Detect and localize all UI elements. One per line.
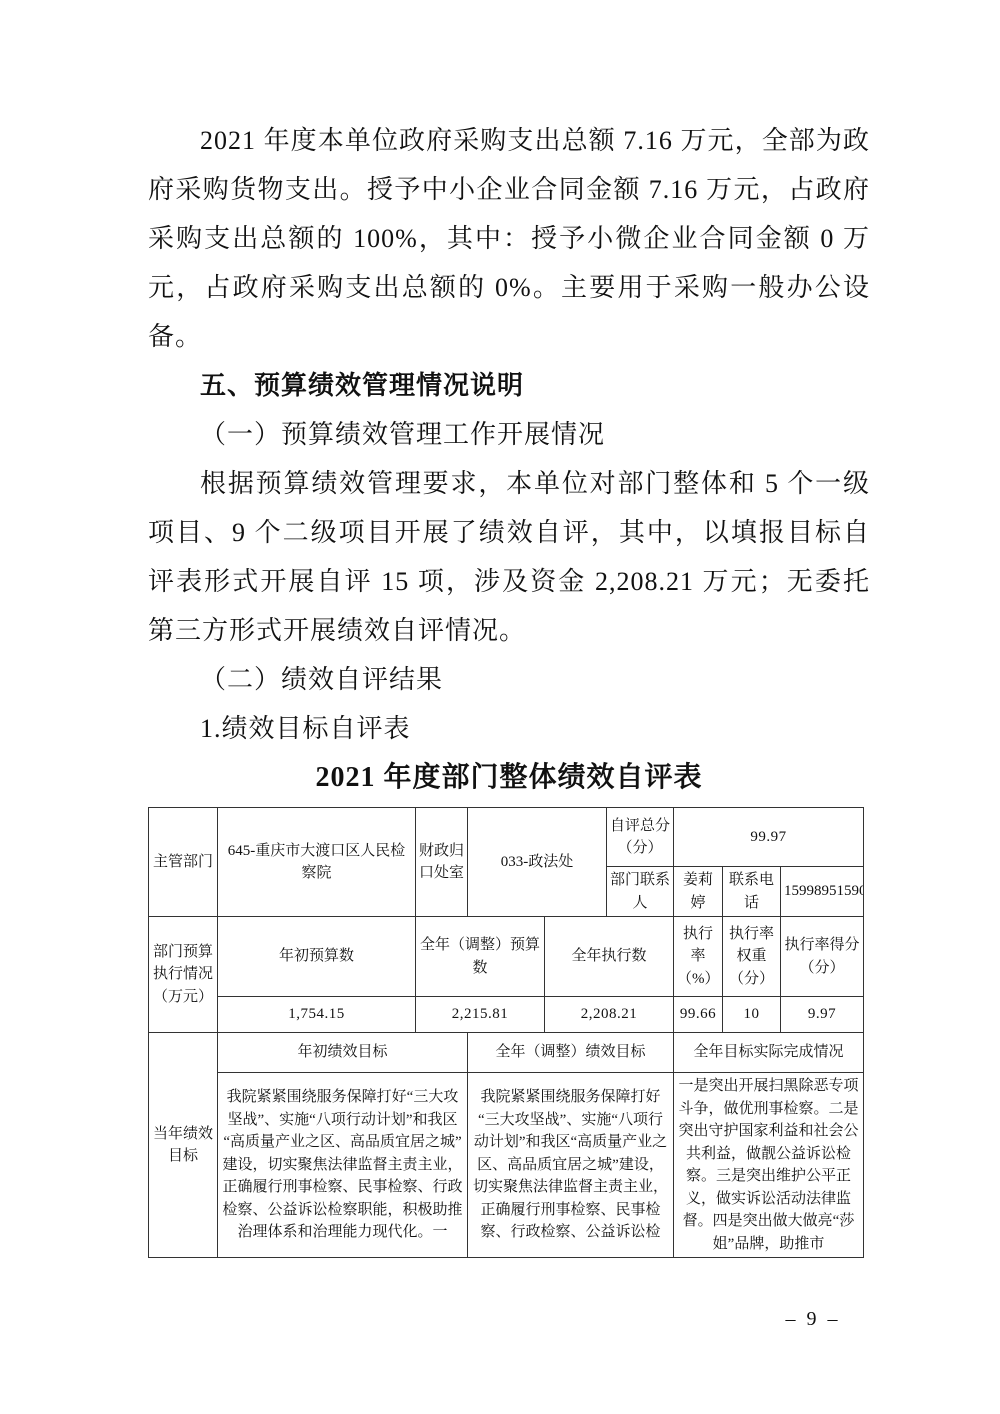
cell-budget-label: 部门预算执行情况（万元） [149, 917, 218, 1033]
cell-supervisor-value: 645-重庆市大渡口区人民检察院 [218, 808, 416, 917]
document-page: 2021 年度本单位政府采购支出总额 7.16 万元，全部为政府采购货物支出。授… [0, 0, 1000, 1414]
table-title: 2021 年度部门整体绩效自评表 [148, 755, 870, 801]
cell-contact-label: 部门联系人 [607, 867, 674, 917]
cell-budget-header-executed: 全年执行数 [545, 917, 674, 997]
cell-goal-label: 当年绩效目标 [149, 1033, 218, 1258]
cell-budget-value-score: 9.97 [781, 997, 864, 1033]
cell-budget-header-initial: 年初预算数 [218, 917, 416, 997]
cell-budget-value-executed: 2,208.21 [545, 997, 674, 1033]
cell-budget-value-rate: 99.66 [674, 997, 723, 1033]
cell-self-score-label: 自评总分（分） [607, 808, 674, 867]
table-row: 我院紧紧围绕服务保障打好“三大攻坚战”、实施“八项行动计划”和我区“高质量产业之… [149, 1073, 864, 1258]
cell-phone-label: 联系电话 [723, 867, 781, 917]
cell-goal-header-actual: 全年目标实际完成情况 [674, 1033, 864, 1073]
cell-finance-office-value: 033-政法处 [468, 808, 607, 917]
cell-goal-actual-text: 一是突出开展扫黑除恶专项斗争，做优刑事检察。二是突出守护国家利益和社会公共利益，… [674, 1073, 864, 1258]
cell-budget-value-adjusted: 2,215.81 [416, 997, 545, 1033]
cell-goal-header-initial: 年初绩效目标 [218, 1033, 468, 1073]
list-item-1: 1.绩效目标自评表 [148, 704, 870, 753]
cell-goal-initial-text: 我院紧紧围绕服务保障打好“三大攻坚战”、实施“八项行动计划”和我区“高质量产业之… [218, 1073, 468, 1258]
cell-budget-header-adjusted: 全年（调整）预算数 [416, 917, 545, 997]
section-heading-5: 五、预算绩效管理情况说明 [148, 361, 870, 410]
performance-table: 主管部门 645-重庆市大渡口区人民检察院 财政归口处室 033-政法处 自评总… [148, 807, 864, 1258]
paragraph-performance: 根据预算绩效管理要求，本单位对部门整体和 5 个一级项目、9 个二级项目开展了绩… [148, 459, 870, 655]
cell-budget-value-weight: 10 [723, 997, 781, 1033]
paragraph-procurement: 2021 年度本单位政府采购支出总额 7.16 万元，全部为政府采购货物支出。授… [148, 116, 870, 361]
table-row: 1,754.15 2,215.81 2,208.21 99.66 10 9.97 [149, 997, 864, 1033]
cell-budget-value-initial: 1,754.15 [218, 997, 416, 1033]
cell-self-score-value: 99.97 [674, 808, 864, 867]
cell-finance-office-label: 财政归口处室 [416, 808, 468, 917]
cell-supervisor-label: 主管部门 [149, 808, 218, 917]
cell-contact-value: 姜莉婷 [674, 867, 723, 917]
cell-budget-header-rate: 执行率（%） [674, 917, 723, 997]
cell-budget-header-score: 执行率得分（分） [781, 917, 864, 997]
cell-phone-value: 15998951590 [781, 867, 864, 917]
cell-goal-adjusted-text: 我院紧紧围绕服务保障打好“三大攻坚战”、实施“八项行动计划”和我区“高质量产业之… [468, 1073, 674, 1258]
table-row: 部门预算执行情况（万元） 年初预算数 全年（调整）预算数 全年执行数 执行率（%… [149, 917, 864, 997]
table-row: 主管部门 645-重庆市大渡口区人民检察院 财政归口处室 033-政法处 自评总… [149, 808, 864, 867]
document-content: 2021 年度本单位政府采购支出总额 7.16 万元，全部为政府采购货物支出。授… [148, 116, 870, 1258]
cell-budget-header-weight: 执行率权重（分） [723, 917, 781, 997]
subsection-heading-2: （二）绩效自评结果 [148, 655, 870, 704]
subsection-heading-1: （一）预算绩效管理工作开展情况 [148, 410, 870, 459]
table-row: 当年绩效目标 年初绩效目标 全年（调整）绩效目标 全年目标实际完成情况 [149, 1033, 864, 1073]
cell-goal-header-adjusted: 全年（调整）绩效目标 [468, 1033, 674, 1073]
page-number: – 9 – [758, 1308, 868, 1331]
